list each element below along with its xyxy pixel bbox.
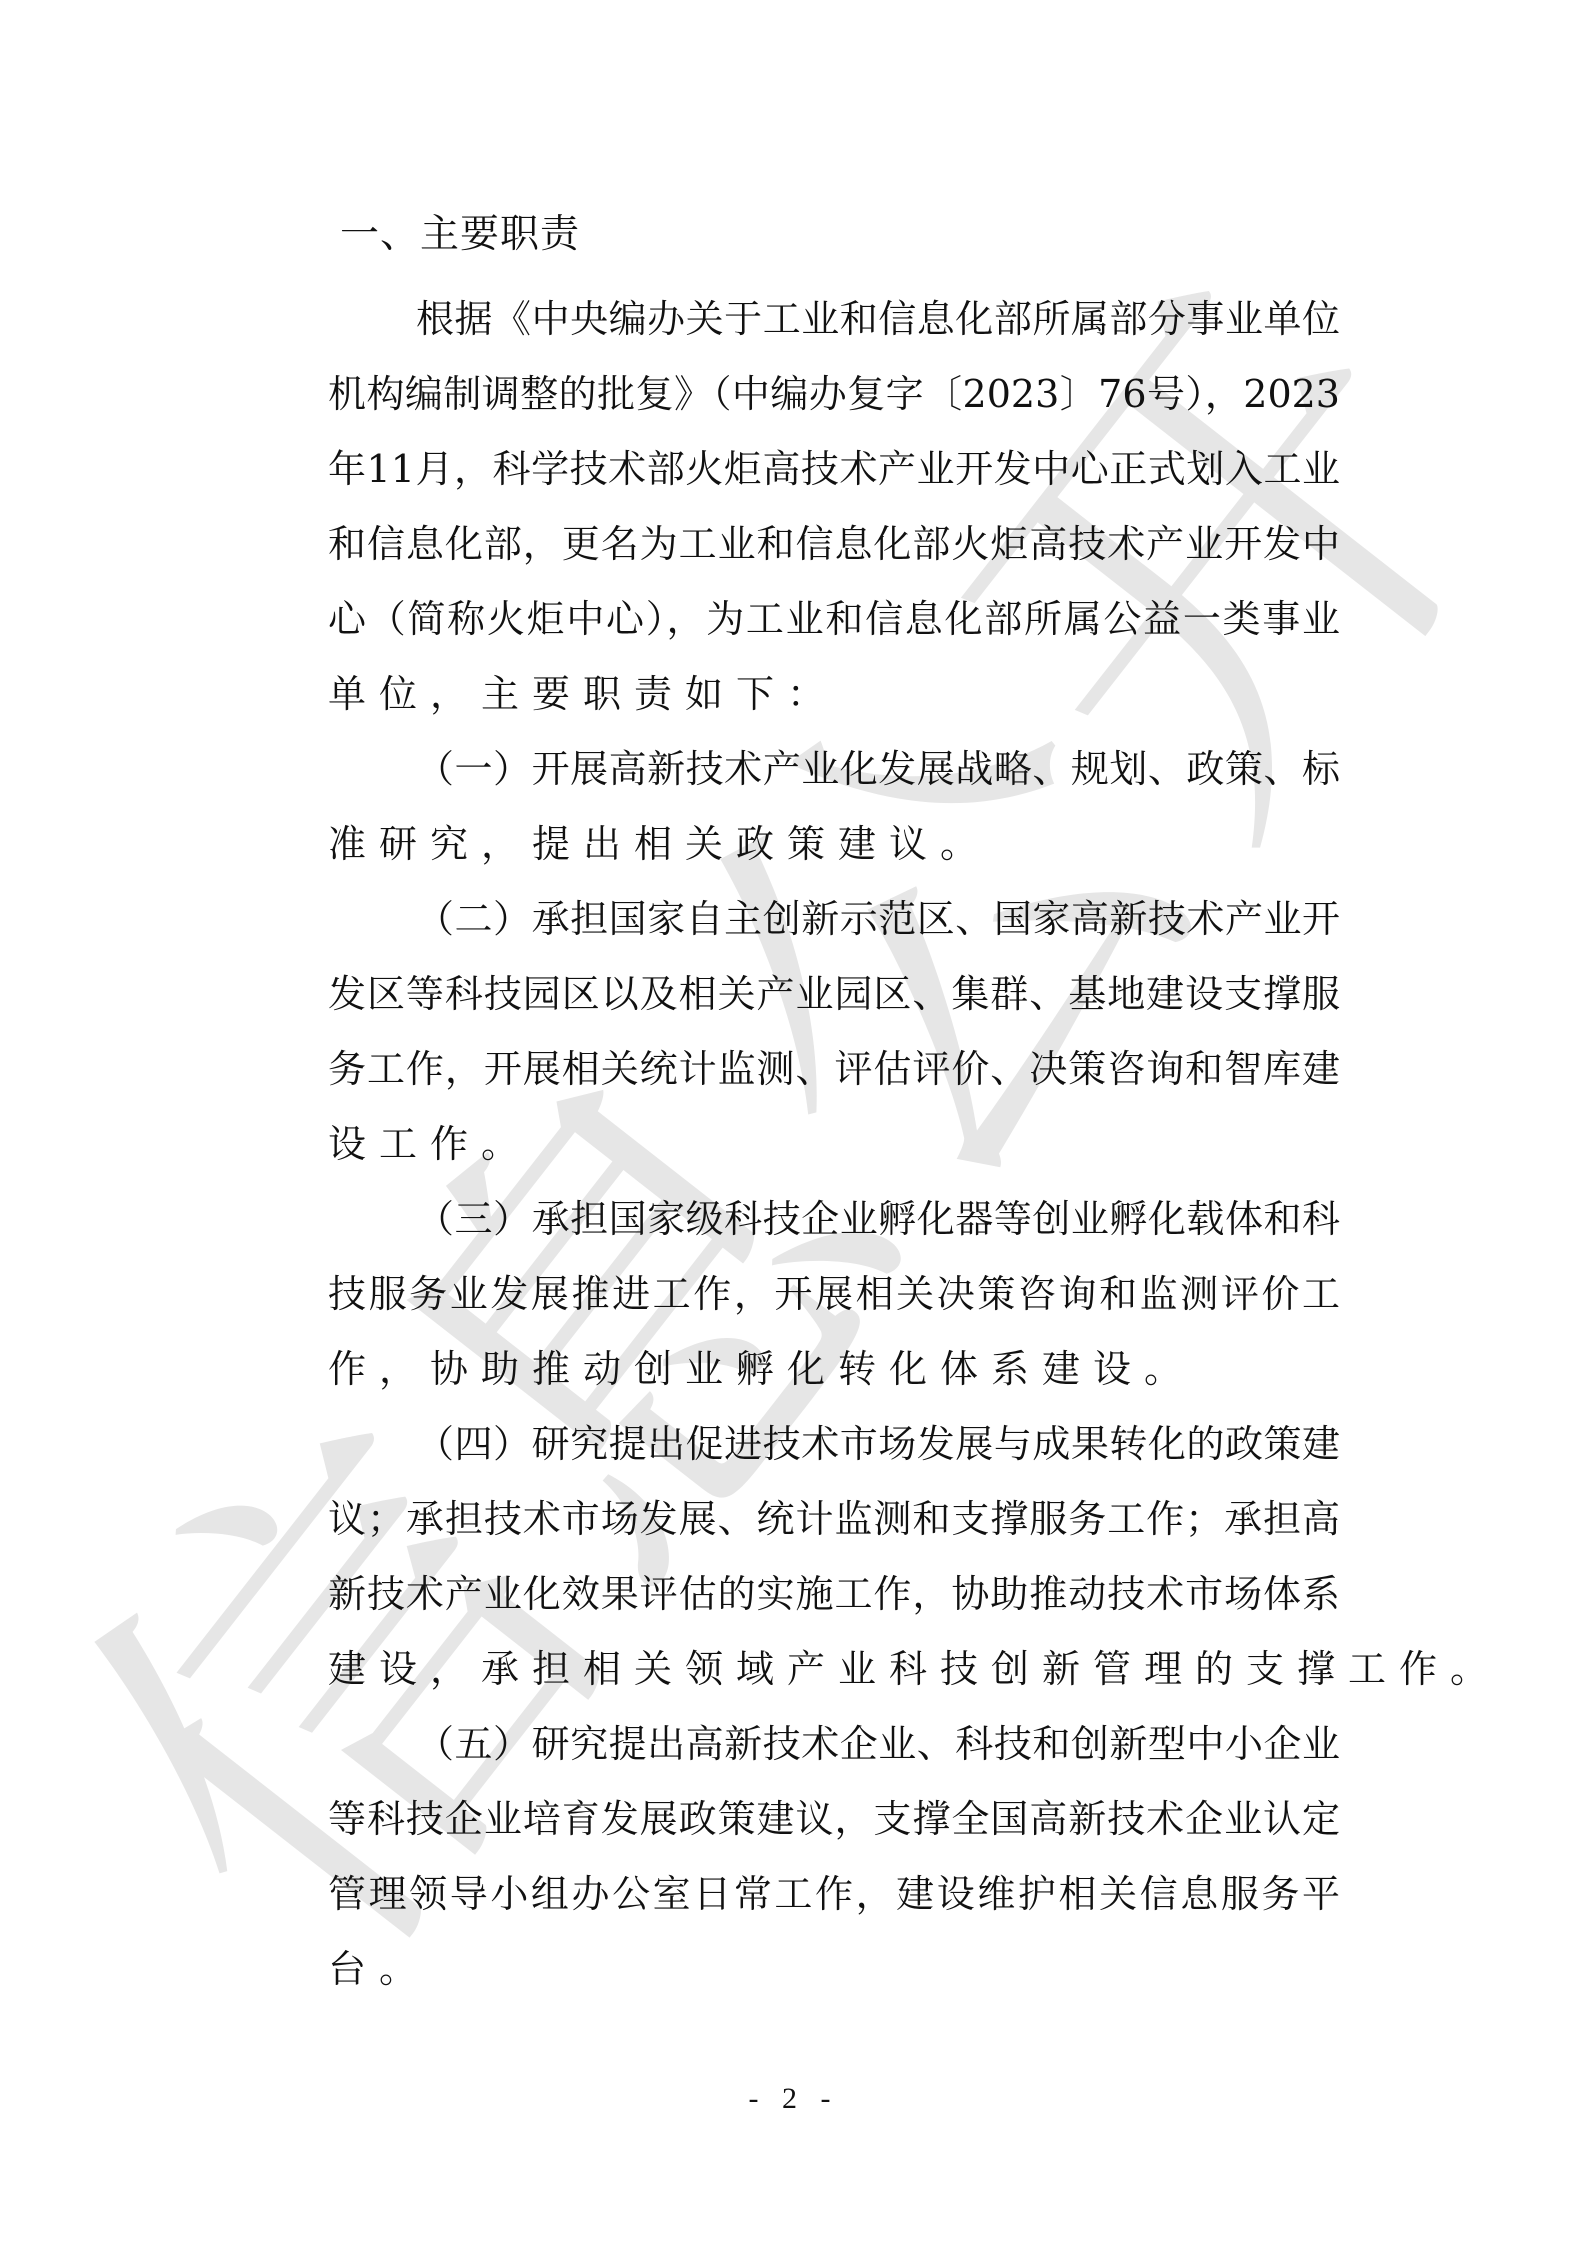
text-line: 年11月，科学技术部火炬高技术产业开发中心正式划入工业 xyxy=(244,432,1340,507)
duty-item-1: （一）开展高新技术产业化发展战略、规划、政策、标 准研究，提出相关政策建议。 xyxy=(244,732,1340,882)
text-line: 准研究，提出相关政策建议。 xyxy=(244,807,1340,882)
text-line: （二）承担国家自主创新示范区、国家高新技术产业开 xyxy=(244,882,1340,957)
text-line: 建设，承担相关领域产业科技创新管理的支撑工作。 xyxy=(244,1632,1340,1707)
section-heading: 一、主要职责 xyxy=(244,197,1340,272)
text-line: 务工作，开展相关统计监测、评估评价、决策咨询和智库建 xyxy=(244,1032,1340,1107)
text-line: 新技术产业化效果评估的实施工作，协助推动技术市场体系 xyxy=(244,1557,1340,1632)
page-number: - 2 - xyxy=(0,2082,1587,2116)
text-line: 单位，主要职责如下： xyxy=(244,657,1340,732)
text-line: 心（简称火炬中心），为工业和信息化部所属公益一类事业 xyxy=(244,582,1340,657)
text-line: 议；承担技术市场发展、统计监测和支撑服务工作；承担高 xyxy=(244,1482,1340,1557)
text-line: 管理领导小组办公室日常工作，建设维护相关信息服务平 xyxy=(244,1857,1340,1932)
duty-item-5: （五）研究提出高新技术企业、科技和创新型中小企业 等科技企业培育发展政策建议，支… xyxy=(244,1707,1340,2007)
intro-paragraph: 根据《中央编办关于工业和信息化部所属部分事业单位 机构编制调整的批复》（中编办复… xyxy=(244,282,1340,732)
text-line: （一）开展高新技术产业化发展战略、规划、政策、标 xyxy=(244,732,1340,807)
text-line: 和信息化部，更名为工业和信息化部火炬高技术产业开发中 xyxy=(244,507,1340,582)
text-line: 发区等科技园区以及相关产业园区、集群、基地建设支撑服 xyxy=(244,957,1340,1032)
text-line: 设工作。 xyxy=(244,1107,1340,1182)
text-line: 作，协助推动创业孵化转化体系建设。 xyxy=(244,1332,1340,1407)
duty-item-2: （二）承担国家自主创新示范区、国家高新技术产业开 发区等科技园区以及相关产业园区… xyxy=(244,882,1340,1182)
text-line: 机构编制调整的批复》（中编办复字〔2023〕76号），2023 xyxy=(244,357,1340,432)
text-line: 台。 xyxy=(244,1932,1340,2007)
text-line: （三）承担国家级科技企业孵化器等创业孵化载体和科 xyxy=(244,1182,1340,1257)
text-line: （四）研究提出促进技术市场发展与成果转化的政策建 xyxy=(244,1407,1340,1482)
text-line: 技服务业发展推进工作，开展相关决策咨询和监测评价工 xyxy=(244,1257,1340,1332)
duty-item-3: （三）承担国家级科技企业孵化器等创业孵化载体和科 技服务业发展推进工作，开展相关… xyxy=(244,1182,1340,1407)
document-page: 一、主要职责 根据《中央编办关于工业和信息化部所属部分事业单位 机构编制调整的批… xyxy=(0,0,1587,2245)
duty-item-4: （四）研究提出促进技术市场发展与成果转化的政策建 议；承担技术市场发展、统计监测… xyxy=(244,1407,1340,1707)
document-body: 一、主要职责 根据《中央编办关于工业和信息化部所属部分事业单位 机构编制调整的批… xyxy=(244,197,1340,2007)
text-line: 根据《中央编办关于工业和信息化部所属部分事业单位 xyxy=(244,282,1340,357)
text-line: （五）研究提出高新技术企业、科技和创新型中小企业 xyxy=(244,1707,1340,1782)
text-line: 等科技企业培育发展政策建议，支撑全国高新技术企业认定 xyxy=(244,1782,1340,1857)
